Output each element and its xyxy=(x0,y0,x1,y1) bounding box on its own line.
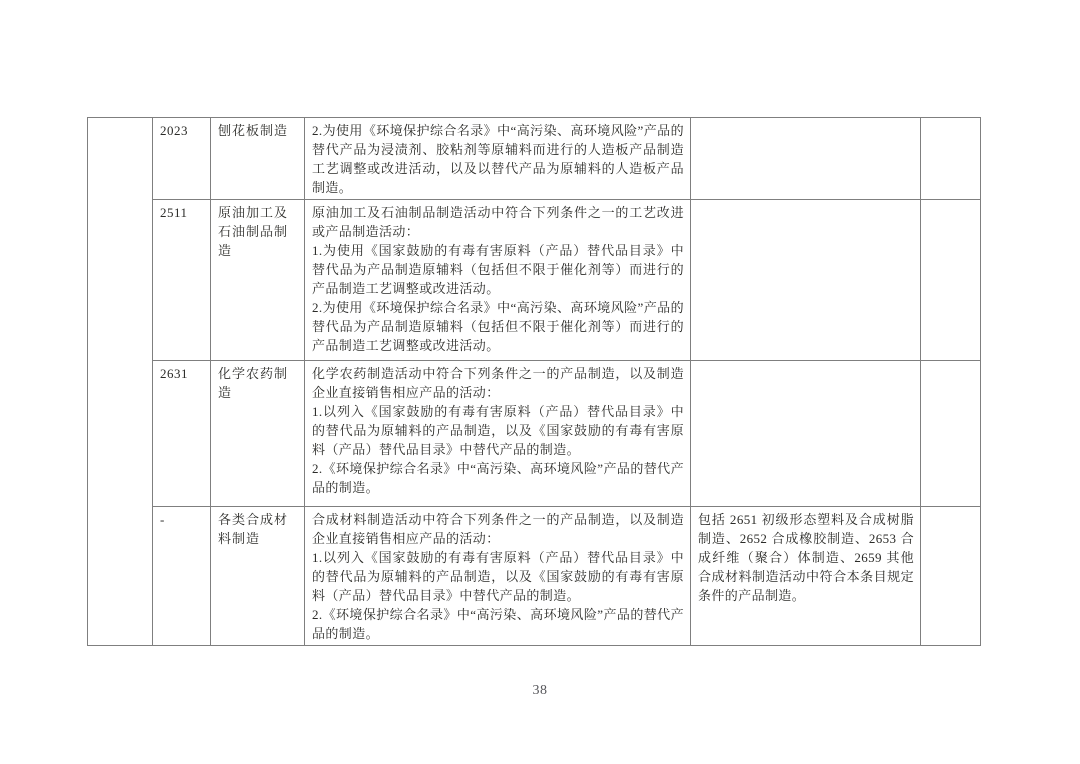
remarks-cell xyxy=(691,361,921,507)
activity-description-cell: 2.为使用《环境保护综合名录》中“高污染、高环境风险”产品的替代产品为浸渍剂、胶… xyxy=(305,118,691,200)
catalog-table: 2023 刨花板制造 2.为使用《环境保护综合名录》中“高污染、高环境风险”产品… xyxy=(87,117,981,646)
industry-name-cell: 刨花板制造 xyxy=(211,118,305,200)
industry-code-cell: - xyxy=(153,507,211,646)
industry-code-cell: 2023 xyxy=(153,118,211,200)
activity-description-cell: 原油加工及石油制品制造活动中符合下列条件之一的工艺改进或产品制造活动： 1.为使… xyxy=(305,200,691,361)
table-row: 2511 原油加工及石油制品制造 原油加工及石油制品制造活动中符合下列条件之一的… xyxy=(88,200,981,361)
table-row: 2631 化学农药制造 化学农药制造活动中符合下列条件之一的产品制造，以及制造企… xyxy=(88,361,981,507)
remarks-cell xyxy=(691,118,921,200)
extra-column-cell xyxy=(921,507,981,646)
remarks-cell: 包括 2651 初级形态塑料及合成树脂制造、2652 合成橡胶制造、2653 合… xyxy=(691,507,921,646)
activity-description-cell: 化学农药制造活动中符合下列条件之一的产品制造，以及制造企业直接销售相应产品的活动… xyxy=(305,361,691,507)
industry-name-cell: 化学农药制造 xyxy=(211,361,305,507)
activity-description-cell: 合成材料制造活动中符合下列条件之一的产品制造，以及制造企业直接销售相应产品的活动… xyxy=(305,507,691,646)
page-number: 38 xyxy=(0,683,1080,699)
extra-column-cell xyxy=(921,118,981,200)
category-continuation-cell xyxy=(88,118,153,646)
industry-code-cell: 2511 xyxy=(153,200,211,361)
document-page: 2023 刨花板制造 2.为使用《环境保护综合名录》中“高污染、高环境风险”产品… xyxy=(0,0,1080,764)
table-row: - 各类合成材料制造 合成材料制造活动中符合下列条件之一的产品制造，以及制造企业… xyxy=(88,507,981,646)
extra-column-cell xyxy=(921,200,981,361)
extra-column-cell xyxy=(921,361,981,507)
remarks-cell xyxy=(691,200,921,361)
industry-name-cell: 原油加工及石油制品制造 xyxy=(211,200,305,361)
industry-name-cell: 各类合成材料制造 xyxy=(211,507,305,646)
table-row: 2023 刨花板制造 2.为使用《环境保护综合名录》中“高污染、高环境风险”产品… xyxy=(88,118,981,200)
industry-code-cell: 2631 xyxy=(153,361,211,507)
